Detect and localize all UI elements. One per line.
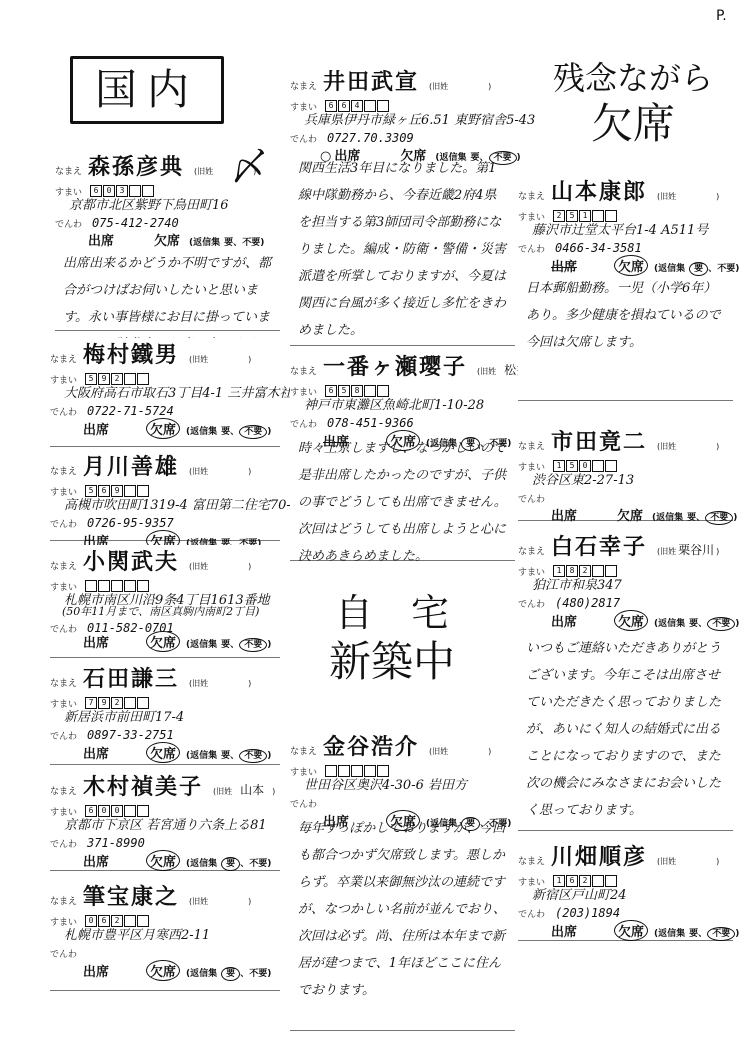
heading-regret-line1: 残念ながら [548, 58, 718, 98]
check-mark-icon: 〆 [230, 136, 268, 191]
name-label: なまえ [290, 747, 317, 757]
maiden-name: (旧姓) [189, 562, 251, 571]
name-label: なまえ [518, 442, 545, 452]
reply-need-option[interactable]: 要 [224, 238, 233, 248]
attend-option[interactable]: 出席 [548, 921, 580, 940]
reply-collection: (返信集要、不要) [652, 513, 737, 523]
reply-close: ) [267, 751, 271, 761]
attend-option[interactable]: 出席 [548, 256, 580, 275]
reply-collection: (返信集要、不要) [654, 264, 739, 274]
phone-row: でんわ371-8990 [50, 832, 145, 851]
reply-need-option[interactable]: 要 [689, 262, 708, 276]
address-text: 京都市北区紫野下鳥田町16 [69, 194, 229, 213]
phone-row: でんわ0722-71-5724 [50, 400, 174, 419]
reply-need-option[interactable]: 要 [221, 857, 240, 871]
attendance-row: 出席欠席(返信集要、不要) [80, 850, 271, 871]
absent-option[interactable]: 欠席 [614, 505, 646, 524]
reply-need-option[interactable]: 要 [689, 619, 698, 629]
phone-number: 0726-95-9357 [87, 516, 174, 530]
attendance-row: 出席欠席(返信集要、不要) [85, 230, 264, 249]
phone-number: (203)1894 [555, 906, 620, 920]
reply-no-option[interactable]: 不要 [249, 969, 267, 979]
maiden-name-close: ) [488, 747, 491, 756]
attend-option[interactable]: 出席 [85, 230, 117, 249]
attendance-row: 出席欠席(返信集要、不要) [80, 960, 271, 981]
reply-card: なまえ金谷浩介(旧姓)すまい世田谷区奥沢4-30-6 岩田方でんわ出席欠席(返信… [290, 730, 515, 1031]
reply-close: ) [735, 929, 739, 939]
heading-regret-line2: 欠席 [548, 98, 718, 150]
attendance-row: 出席欠席(返信集要、不要) [80, 742, 271, 763]
heading-regret: 残念ながら 欠席 [548, 58, 718, 150]
reply-separator: 、 [708, 264, 717, 274]
guest-name: 森孫彦典 [88, 154, 184, 180]
maiden-name: (旧姓) [657, 442, 719, 451]
absent-option[interactable]: 欠席 [614, 610, 648, 631]
maiden-name-label: (旧姓 [477, 367, 496, 376]
reply-collection: (返信集要、不要) [654, 619, 739, 629]
name-label: なまえ [518, 547, 545, 557]
name-label: なまえ [290, 367, 317, 377]
phone-row: でんわ0726-95-9357 [50, 512, 174, 531]
address-text: 札幌市豊平区月寒西2-11 [64, 924, 210, 943]
phone-number: 0466-34-3581 [555, 241, 642, 255]
reply-separator: 、 [240, 859, 249, 869]
reply-separator: 、 [230, 751, 239, 761]
phone-label: でんわ [50, 520, 77, 530]
address-text: 狛江市和泉347 [532, 574, 622, 593]
attend-option[interactable]: 出席 [80, 632, 112, 651]
maiden-name: (旧姓) [657, 857, 719, 866]
address-text: 新宿区戸山町24 [532, 884, 627, 903]
maiden-name: (旧姓) [189, 897, 251, 906]
reply-no-option[interactable]: 不要 [239, 425, 267, 439]
reply-card: なまえ山本康郎(旧姓)すまい251藤沢市辻堂太平台1-4 A511号でんわ046… [518, 175, 733, 401]
phone-label: でんわ [518, 600, 545, 610]
name-label: なまえ [50, 787, 77, 797]
attendance-row: 出席欠席(返信集要、不要) [80, 418, 271, 439]
phone-number: 0722-71-5724 [87, 404, 174, 418]
reply-separator: 、 [230, 640, 239, 650]
reply-need-option[interactable]: 要 [687, 513, 696, 523]
maiden-name-label: (旧姓 [189, 679, 208, 688]
maiden-name-label: (旧姓 [189, 467, 208, 476]
name-label: なまえ [50, 679, 77, 689]
reply-card: なまえ月川善雄(旧姓)すまい569高槻市吹田町1319-4 富田第二住宅70-5… [50, 450, 280, 541]
maiden-name-close: ) [248, 679, 251, 688]
phone-row: でんわ [290, 792, 327, 811]
phone-number: (480)2817 [555, 596, 620, 610]
handwritten-message: 毎年すっぽかしておりますが、今回も都合つかず欠席致します。悪しからず。卒業以来御… [298, 815, 509, 1004]
heading-home-line2: 新築中 [322, 636, 462, 688]
name-row: なまえ月川善雄(旧姓) [50, 450, 251, 481]
reply-label: (返信集 [186, 640, 217, 650]
name-row: なまえ筆宝康之(旧姓) [50, 880, 251, 911]
name-label: なまえ [50, 562, 77, 572]
maiden-name-label: (旧姓 [189, 897, 208, 906]
maiden-name-label: (旧姓 [657, 192, 676, 201]
maiden-name-label: (旧姓 [189, 562, 208, 571]
reply-card: なまえ梅村鐵男(旧姓)すまい592大阪府高石市取石3丁目4-1 三井富木社宅13… [50, 338, 280, 447]
handwritten-message: 関西生活3年目になりました。第1線中隊勤務から、今春近畿2府4県を担当する第3師… [298, 155, 509, 344]
maiden-name-label: (旧姓 [213, 787, 232, 796]
guest-name: 川畑順彦 [551, 844, 647, 870]
name-row: なまえ山本康郎(旧姓) [518, 175, 719, 206]
address-text: 新居浜市前田町17-4 [64, 706, 184, 725]
maiden-name-close: ) [248, 897, 251, 906]
reply-close: ) [267, 859, 271, 869]
reply-close: ) [517, 153, 521, 163]
reply-card: なまえ小関武夫(旧姓)すまい札幌市南区川沿9条4丁目1613番地(50年11月ま… [50, 545, 280, 658]
reply-collection: (返信集要、不要) [189, 238, 264, 248]
reply-no-option[interactable]: 不要 [239, 638, 267, 652]
name-row: なまえ白石幸子(旧姓栗谷川) [518, 530, 719, 561]
phone-label: でんわ [50, 732, 77, 742]
reply-card: なまえ一番ヶ瀬璎子(旧姓松井)すまい658神戸市東灘区魚崎北町1-10-28でん… [290, 350, 515, 561]
reply-no-option[interactable]: 不要 [242, 238, 260, 248]
reply-separator: 、 [233, 238, 242, 248]
absent-option[interactable]: 欠席 [146, 960, 180, 981]
maiden-name: (旧姓) [657, 192, 719, 201]
reply-card: なまえ川畑順彦(旧姓)すまい162新宿区戸山町24でんわ(203)1894出席欠… [518, 840, 733, 941]
maiden-name: (旧姓) [189, 355, 251, 364]
reply-card: なまえ井田武宣(旧姓)すまい664兵庫県伊丹市緑ヶ丘6.51 東野宿舎5-43で… [290, 65, 515, 346]
reply-close: ) [260, 238, 264, 248]
phone-row: でんわ(203)1894 [518, 902, 620, 921]
name-row: なまえ市田竟二(旧姓) [518, 425, 719, 456]
maiden-name-close: ) [272, 787, 275, 796]
reply-close: ) [267, 969, 271, 979]
reply-need-option[interactable]: 要 [221, 427, 230, 437]
address-text: 高槻市吹田町1319-4 富田第二住宅70-506 [64, 494, 316, 513]
guest-name: 金谷浩介 [323, 734, 419, 760]
name-row: なまえ川畑順彦(旧姓) [518, 840, 719, 871]
maiden-name-close: ) [716, 192, 719, 201]
handwritten-message: 時々上京しますし、なつかしいので是非出席したかったのですが、子供の事でどうしても… [298, 435, 509, 570]
address-text: 神戸市東灘区魚崎北町1-10-28 [304, 394, 484, 413]
phone-row: でんわ075-412-2740 [55, 212, 179, 231]
attend-option[interactable]: 出席 [548, 611, 580, 630]
maiden-name-close: ) [248, 467, 251, 476]
attendance-row: 出席欠席(返信集要、不要) [548, 920, 739, 941]
maiden-name-label: (旧姓 [429, 82, 448, 91]
maiden-name-value: 山本 [232, 781, 272, 798]
reply-separator: 、 [698, 619, 707, 629]
maiden-name-label: (旧姓 [189, 355, 208, 364]
reply-need-option[interactable]: 要 [689, 929, 698, 939]
phone-label: でんわ [50, 840, 77, 850]
absent-option[interactable]: 欠席 [146, 631, 180, 652]
phone-label: でんわ [50, 625, 77, 635]
reply-separator: 、 [230, 427, 239, 437]
reply-collection: (返信集要、不要) [186, 427, 271, 437]
name-label: なまえ [50, 897, 77, 907]
maiden-name-value: 栗谷川 [676, 541, 716, 558]
attendance-row: 出席欠席(返信集要、不要) [548, 505, 737, 524]
guest-name: 筆宝康之 [83, 884, 179, 910]
guest-name: 小関武夫 [83, 549, 179, 575]
reply-label: (返信集 [186, 427, 217, 437]
reply-no-option[interactable]: 不要 [249, 859, 267, 869]
guest-name: 井田武宣 [323, 69, 419, 95]
attendance-row: 出席欠席(返信集要、不要) [548, 255, 739, 276]
reply-collection: (返信集要、不要) [654, 929, 739, 939]
heading-home-line1: 自 宅 [322, 590, 462, 636]
absent-option[interactable]: 欠席 [614, 255, 648, 276]
maiden-name: (旧姓) [429, 82, 491, 91]
maiden-name-label: (旧姓 [657, 857, 676, 866]
reply-close: ) [733, 513, 737, 523]
phone-number: 0897-33-2751 [87, 728, 174, 742]
guest-name: 山本康郎 [551, 179, 647, 205]
maiden-name-close: ) [716, 857, 719, 866]
guest-name: 石田謙三 [83, 666, 179, 692]
name-row: なまえ梅村鐵男(旧姓) [50, 338, 251, 369]
attend-option[interactable]: 出席 [80, 743, 112, 762]
phone-row: でんわ0466-34-3581 [518, 237, 642, 256]
phone-row: でんわ(480)2817 [518, 592, 620, 611]
name-row: なまえ金谷浩介(旧姓) [290, 730, 491, 761]
reply-label: (返信集 [654, 619, 685, 629]
phone-label: でんわ [290, 420, 317, 430]
absent-option[interactable]: 欠席 [146, 418, 180, 439]
reply-label: (返信集 [186, 859, 217, 869]
reply-card: なまえ筆宝康之(旧姓)すまい062札幌市豊平区月寒西2-11でんわ出席欠席(返信… [50, 880, 280, 991]
guest-name: 白石幸子 [551, 534, 647, 560]
reply-no-option[interactable]: 不要 [717, 264, 735, 274]
handwritten-message: 日本郵船勤務。一児（小学6年）あり。多少健康を損ねているので今回は欠席します。 [526, 275, 727, 356]
reply-card: なまえ石田謙三(旧姓)すまい792新居浜市前田町17-4でんわ0897-33-2… [50, 662, 280, 765]
phone-label: でんわ [50, 408, 77, 418]
name-label: なまえ [518, 857, 545, 867]
phone-label: でんわ [55, 220, 82, 230]
maiden-name: (旧姓) [189, 679, 251, 688]
reply-card: なまえ森孫彦典(旧姓)〆すまい603京都市北区紫野下鳥田町16でんわ075-41… [55, 150, 280, 331]
maiden-name: (旧姓栗谷川) [657, 547, 719, 556]
reply-collection: (返信集要、不要) [186, 751, 271, 761]
reply-no-option[interactable]: 不要 [707, 927, 735, 941]
reply-need-option[interactable]: 要 [221, 640, 230, 650]
attendance-row: 出席欠席(返信集要、不要) [80, 631, 271, 652]
absent-option[interactable]: 欠席 [146, 742, 180, 763]
reply-no-option[interactable]: 不要 [239, 749, 267, 763]
name-label: なまえ [290, 82, 317, 92]
phone-label: でんわ [50, 950, 77, 960]
maiden-name-label: (旧姓 [657, 442, 676, 451]
phone-row: でんわ078-451-9366 [290, 412, 414, 431]
reply-close: ) [267, 427, 271, 437]
reply-need-option[interactable]: 要 [221, 967, 240, 981]
reply-collection: (返信集要、不要) [186, 859, 271, 869]
address-text: 兵庫県伊丹市緑ヶ丘6.51 東野宿舎5-43 [304, 109, 535, 128]
absent-option[interactable]: 欠席 [614, 920, 648, 941]
reply-close: ) [267, 640, 271, 650]
reply-card: なまえ市田竟二(旧姓)すまい150渋谷区東2-27-13でんわ出席欠席(返信集要… [518, 425, 733, 521]
maiden-name-close: ) [716, 547, 719, 556]
attend-option[interactable]: 出席 [80, 961, 112, 980]
name-row: なまえ木村禎美子(旧姓山本) [50, 770, 275, 801]
reply-close: ) [735, 619, 739, 629]
guest-name: 市田竟二 [551, 429, 647, 455]
reply-label: (返信集 [652, 513, 683, 523]
phone-number: 0727.70.3309 [327, 131, 414, 145]
address-text: 藤沢市辻堂太平台1-4 A511号 [532, 219, 708, 238]
phone-row: でんわ [50, 942, 87, 961]
reply-card: なまえ木村禎美子(旧姓山本)すまい600京都市下京区 若宮通り六条上る81でんわ… [50, 770, 280, 871]
maiden-name-close: ) [248, 355, 251, 364]
guest-name: 木村禎美子 [83, 774, 203, 800]
guest-name: 月川善雄 [83, 454, 179, 480]
reply-close: ) [735, 264, 739, 274]
address-text: 京都市下京区 若宮通り六条上る81 [64, 814, 267, 833]
guest-name: 一番ヶ瀬璎子 [323, 354, 467, 380]
maiden-name-close: ) [488, 82, 491, 91]
name-label: なまえ [50, 467, 77, 477]
name-row: なまえ一番ヶ瀬璎子(旧姓松井) [290, 350, 539, 381]
attend-option[interactable]: 出席 [80, 419, 112, 438]
reply-label: (返信集 [186, 969, 217, 979]
reply-separator: 、 [698, 929, 707, 939]
absent-option[interactable]: 欠席 [146, 850, 180, 871]
maiden-name-close: ) [716, 442, 719, 451]
maiden-name-label: (旧姓 [657, 547, 676, 556]
name-label: なまえ [55, 167, 82, 177]
heading-domestic: 国内 [70, 56, 224, 124]
address-text: 渋谷区東2-27-13 [532, 469, 634, 488]
heading-home-construction: 自 宅 新築中 [322, 590, 462, 688]
phone-row: でんわ0727.70.3309 [290, 127, 414, 146]
reply-separator: 、 [696, 513, 705, 523]
reply-card: なまえ白石幸子(旧姓栗谷川)すまい182狛江市和泉347でんわ(480)2817… [518, 530, 733, 831]
phone-number: 371-8990 [87, 836, 145, 850]
name-label: なまえ [518, 192, 545, 202]
absent-option[interactable]: 欠席 [151, 230, 183, 249]
maiden-name: (旧姓) [429, 747, 491, 756]
name-row: なまえ井田武宣(旧姓) [290, 65, 491, 96]
reply-separator: 、 [240, 969, 249, 979]
phone-row: でんわ [518, 487, 555, 506]
reply-label: (返信集 [654, 929, 685, 939]
reply-need-option[interactable]: 要 [221, 751, 230, 761]
maiden-name: (旧姓) [189, 467, 251, 476]
reply-label: (返信集 [654, 264, 685, 274]
reply-label: (返信集 [189, 238, 220, 248]
reply-label: (返信集 [186, 751, 217, 761]
phone-row: でんわ0897-33-2751 [50, 724, 174, 743]
phone-number: 075-412-2740 [92, 216, 179, 230]
phone-label: でんわ [518, 245, 545, 255]
maiden-name: (旧姓山本) [213, 787, 275, 796]
maiden-name-close: ) [248, 562, 251, 571]
attend-option[interactable]: 出席 [548, 505, 580, 524]
maiden-name-label: (旧姓 [429, 747, 448, 756]
address-text: 世田谷区奥沢4-30-6 岩田方 [304, 774, 467, 793]
phone-label: でんわ [290, 800, 317, 810]
attend-option[interactable]: 出席 [80, 851, 112, 870]
maiden-name-label: (旧姓 [194, 167, 213, 176]
page-corner-mark: P. [716, 8, 727, 24]
phone-label: でんわ [518, 910, 545, 920]
phone-number: 078-451-9366 [327, 416, 414, 430]
guest-name: 梅村鐵男 [83, 342, 179, 368]
name-row: なまえ森孫彦典(旧姓)〆 [55, 150, 256, 181]
reply-no-option[interactable]: 不要 [707, 617, 735, 631]
handwritten-message: いつもご連絡いただきありがとうございます。今年こそは出席させていただきたく思って… [526, 635, 727, 824]
attendance-row: 出席欠席(返信集要、不要) [548, 610, 739, 631]
name-row: なまえ石田謙三(旧姓) [50, 662, 251, 693]
reply-collection: (返信集要、不要) [186, 640, 271, 650]
reply-no-option[interactable]: 不要 [705, 511, 733, 525]
name-row: なまえ小関武夫(旧姓) [50, 545, 251, 576]
phone-label: でんわ [290, 135, 317, 145]
name-label: なまえ [50, 355, 77, 365]
reply-collection: (返信集要、不要) [186, 969, 271, 979]
phone-label: でんわ [518, 495, 545, 505]
